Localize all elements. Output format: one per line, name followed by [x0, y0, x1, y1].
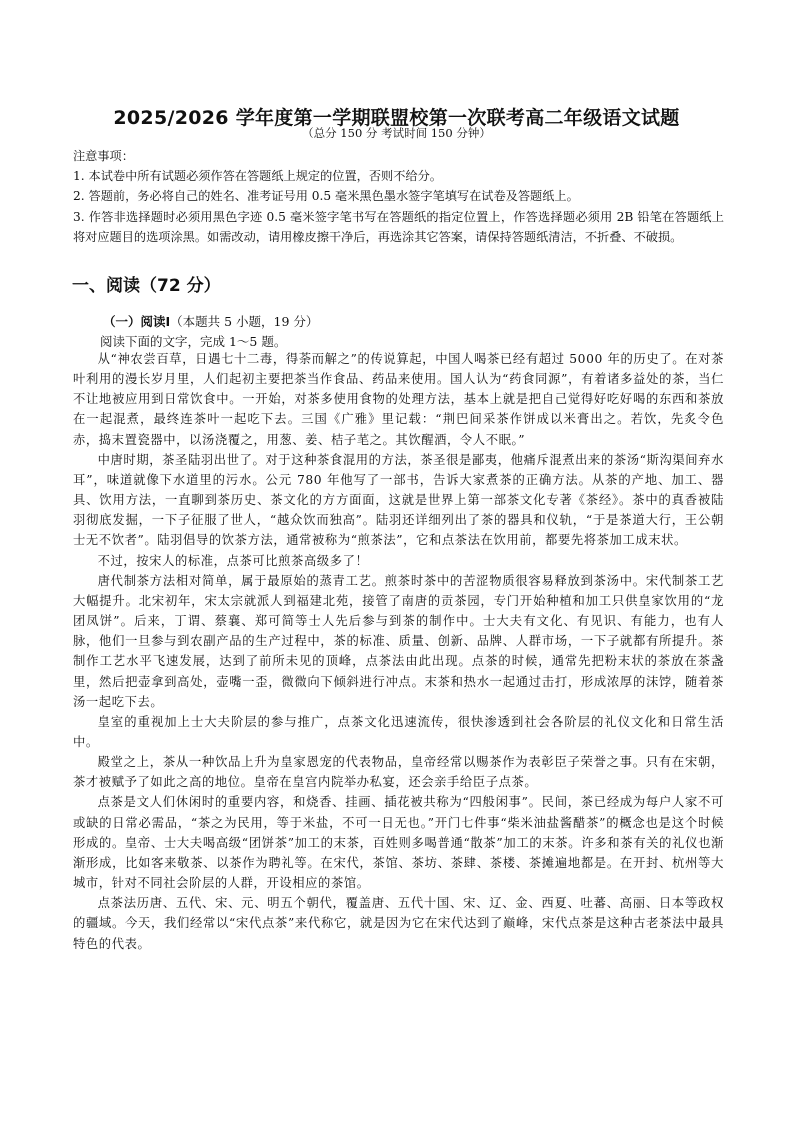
notice-label: 注意事项：	[73, 146, 724, 166]
notice-item: 3. 作答非选择题时必须用黑色字迹 0.5 毫米签字笔书写在答题纸的指定位置上，…	[73, 207, 724, 247]
notice-section: 注意事项： 1. 本试卷中所有试题必须作答在答题纸上规定的位置，否则不给分。 2…	[73, 146, 724, 247]
exam-subtitle: （总分 150 分 考试时间 150 分钟）	[0, 125, 793, 141]
passage-paragraph: 殿堂之上，茶从一种饮品上升为皇家恩宠的代表物品，皇帝经常以赐茶作为表彰臣子荣誉之…	[73, 752, 724, 792]
passage-paragraph: 点茶法历唐、五代、宋、元、明五个朝代，覆盖唐、五代十国、宋、辽、金、西夏、吐蕃、…	[73, 893, 724, 953]
passage-paragraph: 唐代制茶方法相对简单，属于最原始的蒸青工艺。煎茶时茶中的苦涩物质很容易释放到茶汤…	[73, 571, 724, 712]
passage-paragraph: 从“神农尝百草，日遇七十二毒，得荼而解之”的传说算起，中国人喝茶已经有超过 50…	[73, 349, 724, 450]
exam-page: 2025/2026 学年度第一学期联盟校第一次联考高二年级语文试题 （总分 15…	[0, 0, 793, 1122]
notice-item: 1. 本试卷中所有试题必须作答在答题纸上规定的位置，否则不给分。	[73, 166, 724, 186]
passage-paragraph: 不过，按宋人的标准，点茶可比煎茶高级多了！	[73, 551, 724, 571]
reading-passage: 从“神农尝百草，日遇七十二毒，得荼而解之”的传说算起，中国人喝茶已经有超过 50…	[73, 349, 724, 954]
notice-item: 2. 答题前，务必将自己的姓名、准考证号用 0.5 毫米黑色墨水签字笔填写在试卷…	[73, 186, 724, 206]
passage-paragraph: 点茶是文人们休闲时的重要内容，和烧香、挂画、插花被共称为“四般闲事”。民间，茶已…	[73, 792, 724, 893]
subsection-note: （本题共 5 小题，19 分）	[170, 314, 318, 329]
section-heading: 一、阅读（72 分）	[72, 271, 221, 296]
passage-paragraph: 皇室的重视加上士大夫阶层的参与推广，点茶文化迅速流传，很快渗透到社会各阶层的礼仪…	[73, 712, 724, 752]
subsection-label: （一）阅读Ⅰ	[103, 314, 170, 329]
subsection-heading: （一）阅读Ⅰ（本题共 5 小题，19 分）	[103, 312, 318, 330]
reading-instruction: 阅读下面的文字，完成 1～5 题。	[100, 332, 286, 350]
passage-paragraph: 中唐时期，茶圣陆羽出世了。对于这种茶食混用的方法，茶圣很是鄙夷，他痛斥混煮出来的…	[73, 450, 724, 551]
